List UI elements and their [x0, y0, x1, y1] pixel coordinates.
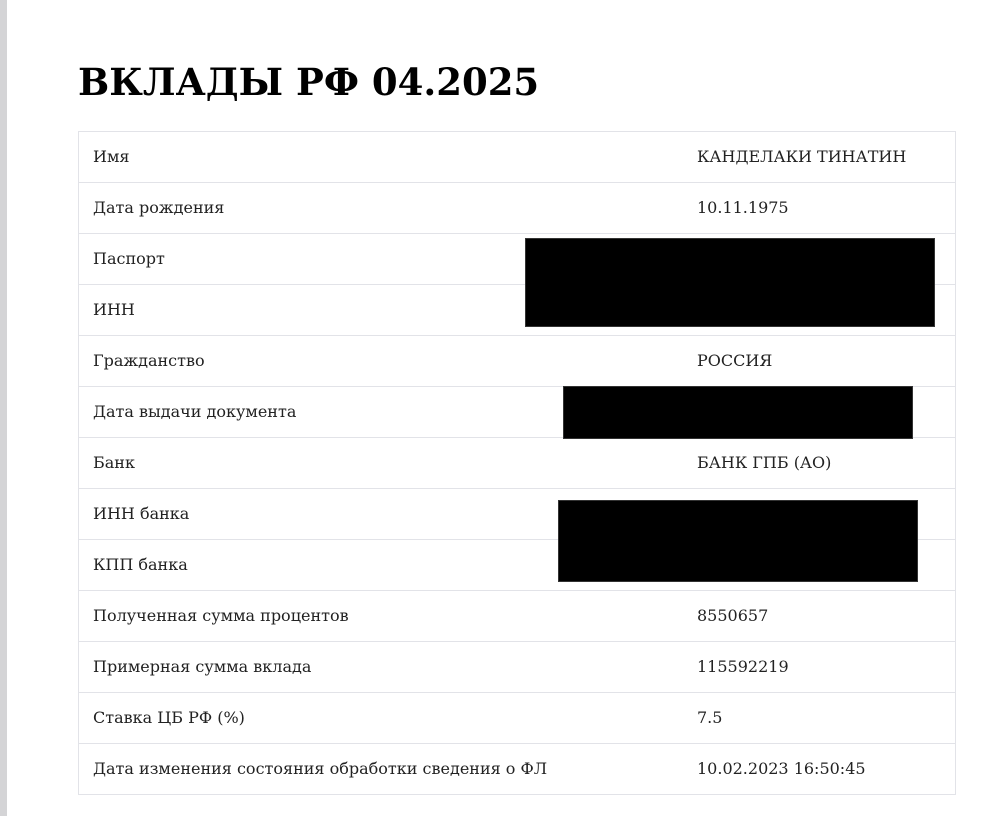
- row-label: Гражданство: [79, 336, 684, 387]
- table-row-bank: Банк БАНК ГПБ (АО): [79, 438, 956, 489]
- row-label: Дата рождения: [79, 183, 684, 234]
- row-label: Имя: [79, 132, 684, 183]
- row-value: 10.02.2023 16:50:45: [683, 744, 956, 795]
- redaction-box-passport-inn: [525, 238, 935, 327]
- row-value: 115592219: [683, 642, 956, 693]
- page-title: ВКЛАДЫ РФ 04.2025: [78, 56, 539, 108]
- row-value: 7.5: [683, 693, 956, 744]
- row-value: 10.11.1975: [683, 183, 956, 234]
- table-row-name: Имя КАНДЕЛАКИ ТИНАТИН: [79, 132, 956, 183]
- row-label: Ставка ЦБ РФ (%): [79, 693, 684, 744]
- row-value: БАНК ГПБ (АО): [683, 438, 956, 489]
- redaction-box-bank-inn-kpp: [558, 500, 918, 582]
- row-label: Дата изменения состояния обработки сведе…: [79, 744, 684, 795]
- row-label: Примерная сумма вклада: [79, 642, 684, 693]
- table-row-citizenship: Гражданство РОССИЯ: [79, 336, 956, 387]
- row-label: Полученная сумма процентов: [79, 591, 684, 642]
- table-row-birth-date: Дата рождения 10.11.1975: [79, 183, 956, 234]
- row-label: Банк: [79, 438, 684, 489]
- deposit-info-table: Имя КАНДЕЛАКИ ТИНАТИН Дата рождения 10.1…: [78, 131, 956, 795]
- row-value: КАНДЕЛАКИ ТИНАТИН: [683, 132, 956, 183]
- page-left-edge: [0, 0, 7, 816]
- row-value: 8550657: [683, 591, 956, 642]
- table-row-status-change-date: Дата изменения состояния обработки сведе…: [79, 744, 956, 795]
- row-value: РОССИЯ: [683, 336, 956, 387]
- redaction-box-issue-date: [563, 386, 913, 439]
- table-row-deposit-amount: Примерная сумма вклада 115592219: [79, 642, 956, 693]
- table-row-cb-rate: Ставка ЦБ РФ (%) 7.5: [79, 693, 956, 744]
- table-row-interest-received: Полученная сумма процентов 8550657: [79, 591, 956, 642]
